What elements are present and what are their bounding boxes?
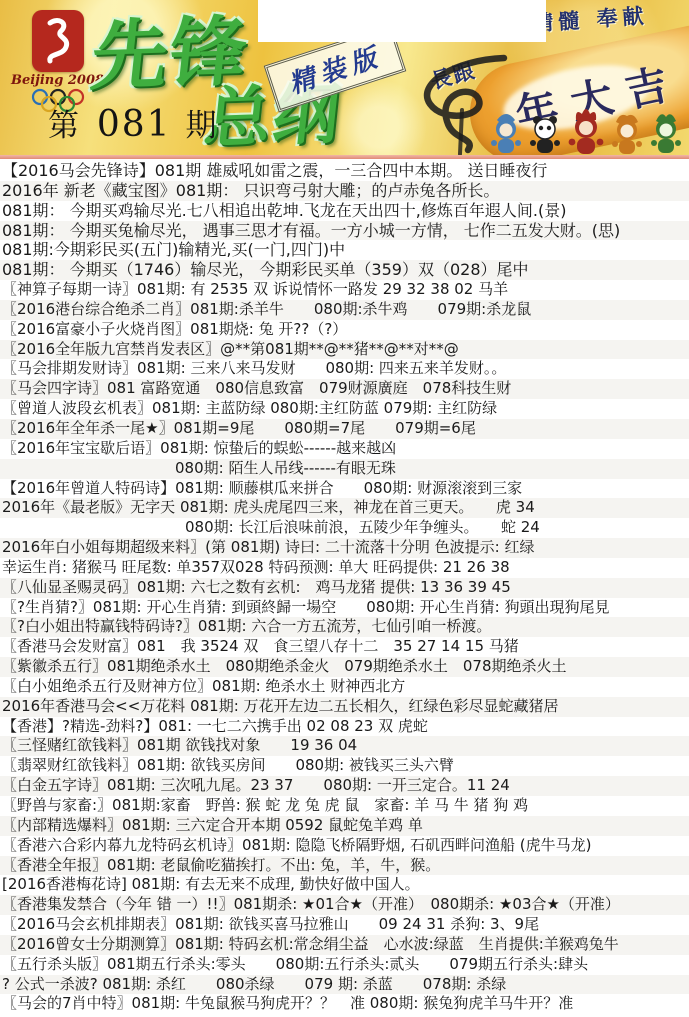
body-line: 2016年《最老版》无字天 081期: 虎头虎尾四三来，神龙在首三更天。 虎 3…	[0, 498, 689, 518]
body-line: 081期:今期彩民买(五门)输精光,买(一门,四门)中	[0, 240, 689, 260]
beijing-seal-icon	[32, 10, 84, 72]
body-line: 〖神算子每期一诗〗081期: 有 2535 双 诉说情怀一路发 29 32 38…	[0, 280, 689, 300]
issue-prefix: 第	[48, 108, 83, 144]
fuwa-beibei-blue-icon	[489, 112, 523, 156]
body-line: 080期: 长江后浪味前浪，五陵少年争缠头。 蛇 24	[0, 518, 689, 538]
masthead: Beijing 2008 先锋 总纲 第 081 期 精装版 必赢 精髓 奉献 …	[0, 0, 689, 159]
body-line: 〖2016全年版九宫禁肖发表区〗@**第081期**@**猪**@**对**@	[0, 340, 689, 360]
body-line: 2016年香港马会<<万花料 081期: 万花开左边二五长相久，红绿色彩尽显蛇藏…	[0, 697, 689, 717]
dancing-figure-icon	[38, 15, 78, 67]
body-line: 081期： 今期买（1746）输尽光， 今期彩民买单（359）双（028）尾中	[0, 260, 689, 280]
body-line: 〖翡翠财红欲钱料〗081期: 欲钱买房间 080期: 被钱买三头六臂	[0, 756, 689, 776]
body-line: 081期： 今期买鸡输尽光.七八相追出乾坤.飞龙在天出四十,修炼百年遐人间.(景…	[0, 201, 689, 221]
body-line: 【2016马会先锋诗】081期 雄威吼如雷之震，一三合四中本期。 送日睡夜行	[0, 161, 689, 181]
body-line: 〖?生肖猜?〗081期: 开心生肖猜: 到頭終歸一場空 080期: 开心生肖猜:…	[0, 598, 689, 618]
tips-list: 【2016马会先锋诗】081期 雄威吼如雷之震，一三合四中本期。 送日睡夜行20…	[0, 159, 689, 1014]
blank-overlay	[258, 0, 546, 42]
body-line: 〖香港马会发财富〗081 我 3524 双 食三望八存十二 35 27 14 1…	[0, 637, 689, 657]
body-line: 〖内部精选爆料〗081期: 三六定合开本期 0592 鼠蛇兔羊鸡 单	[0, 816, 689, 836]
body-line: 【香港】?精选-劲料?】081: 一七二六携手出 02 08 23 双 虎蛇	[0, 717, 689, 737]
fuwa-nini-green-icon	[649, 112, 683, 156]
body-line: 〖马会的7肖中特〗081期: 牛兔鼠猴马狗虎开？？ 准 080期: 猴兔狗虎羊马…	[0, 994, 689, 1014]
body-line: 【2016年曾道人特码诗】081期: 顺藤棋瓜来拼合 080期: 财源滚滚到三家	[0, 479, 689, 499]
body-line: 〖香港集发禁合（今年 错 一）!!〗081期杀: ★01合★（开准） 080期杀…	[0, 895, 689, 915]
body-line: 〖2016曾女士分期测算〗081期: 特码玄机:常念绢尘益 心水波:绿蓝 生肖提…	[0, 935, 689, 955]
body-line: 〖白小姐绝杀五行及财神方位〗081期: 绝杀水土 财神西北方	[0, 677, 689, 697]
body-line: 〖香港全年报〗081期: 老鼠偷吃猫挨打。不出: 兔，羊，牛，猴。	[0, 856, 689, 876]
body-line: 〖2016港台综合绝杀二肖〗081期:杀羊牛 080期:杀牛鸡 079期:杀龙鼠	[0, 300, 689, 320]
body-line: 〖野兽与家畜:〗081期:家畜 野兽: 猴 蛇 龙 兔 虎 鼠 家畜: 羊 马 …	[0, 796, 689, 816]
body-line: 〖马会四字诗〗081 富路宽通 080信息致富 079财源廣庭 078科技生财	[0, 379, 689, 399]
fuwa-mascots	[489, 108, 683, 156]
tip-sheet-page: Beijing 2008 先锋 总纲 第 081 期 精装版 必赢 精髓 奉献 …	[0, 0, 689, 1017]
body-line: 〖曾道人波段玄机表〗081期: 主蓝防绿 080期:主红防蓝 079期: 主红防…	[0, 399, 689, 419]
fuwa-jingjing-panda-icon	[528, 112, 562, 156]
fuwa-huanhuan-red-icon	[567, 108, 605, 156]
fuwa-yingying-orange-icon	[610, 112, 644, 156]
body-line: 〖三怪赌红欲钱料〗081期 欲钱找对象 19 36 04	[0, 736, 689, 756]
body-line: 〖白金五字诗〗081期: 三次吼九尾。23 37 080期: 一开三定合。11 …	[0, 776, 689, 796]
body-line: 〖?白小姐出特赢钱特码诗?〗081期: 六合一方五流芳，七仙引咱一桥渡。	[0, 617, 689, 637]
body-line: ? 公式一杀波? 081期: 杀红 080杀绿 079 期: 杀蓝 078期: …	[0, 975, 689, 995]
body-line: 〖紫徽杀五行〗081期绝杀水土 080期绝杀金火 079期绝杀水土 078期绝杀…	[0, 657, 689, 677]
body-line: 〖香港六合彩内幕九龙特码玄机诗〗081期: 隐隐飞桥隔野烟, 石矶西畔问渔船 (…	[0, 836, 689, 856]
body-line: 幸运生肖: 猪猴马 旺尾数: 单357双028 特码预测: 单大 旺码提供: 2…	[0, 558, 689, 578]
body-line: 〖2016年全年杀一尾★〗081期=9尾 080期=7尾 079期=6尾	[0, 419, 689, 439]
body-line: 〖八仙显圣赐灵码〗081期: 六七之数有玄机: 鸡马龙猪 提供: 13 36 3…	[0, 578, 689, 598]
body-line: 〖马会排期发财诗〗081期: 三来八来马发财 080期: 四来五来羊发财。。	[0, 359, 689, 379]
body-line: 〖2016富豪小子火烧肖图〗081期烧: 兔 开??（?）	[0, 320, 689, 340]
body-line: 〖五行杀头版〗081期五行杀头:零头 080期:五行杀头:贰头 079期五行杀头…	[0, 955, 689, 975]
issue-number: 第 081 期	[48, 100, 220, 145]
body-line: 2016年白小姐每期超级来料〗(第 081期) 诗曰: 二十流落十分明 色波提示…	[0, 538, 689, 558]
body-line: 081期： 今期买兔榆尽光， 遇事三思才有福。一方小城一方情， 七作二五发大财。…	[0, 221, 689, 241]
issue-digits: 081	[97, 104, 172, 145]
issue-suffix: 期	[185, 108, 220, 144]
body-line: [2016香港梅花诗] 081期: 有去无来不成理, 勤快好做中国人。	[0, 875, 689, 895]
body-line: 080期: 陌生人吊线------有眼无珠	[0, 459, 689, 479]
body-line: 2016年 新老《藏宝图》081期： 只识弯弓射大雕；的卢赤兔各所长。	[0, 181, 689, 201]
body-line: 〖2016马会玄机排期表〗081期: 欲钱买喜马拉雅山 09 24 31 杀狗:…	[0, 915, 689, 935]
body-line: 〖2016年宝宝歇后语〗081期: 惊蛰后的蜈蚣------越来越凶	[0, 439, 689, 459]
